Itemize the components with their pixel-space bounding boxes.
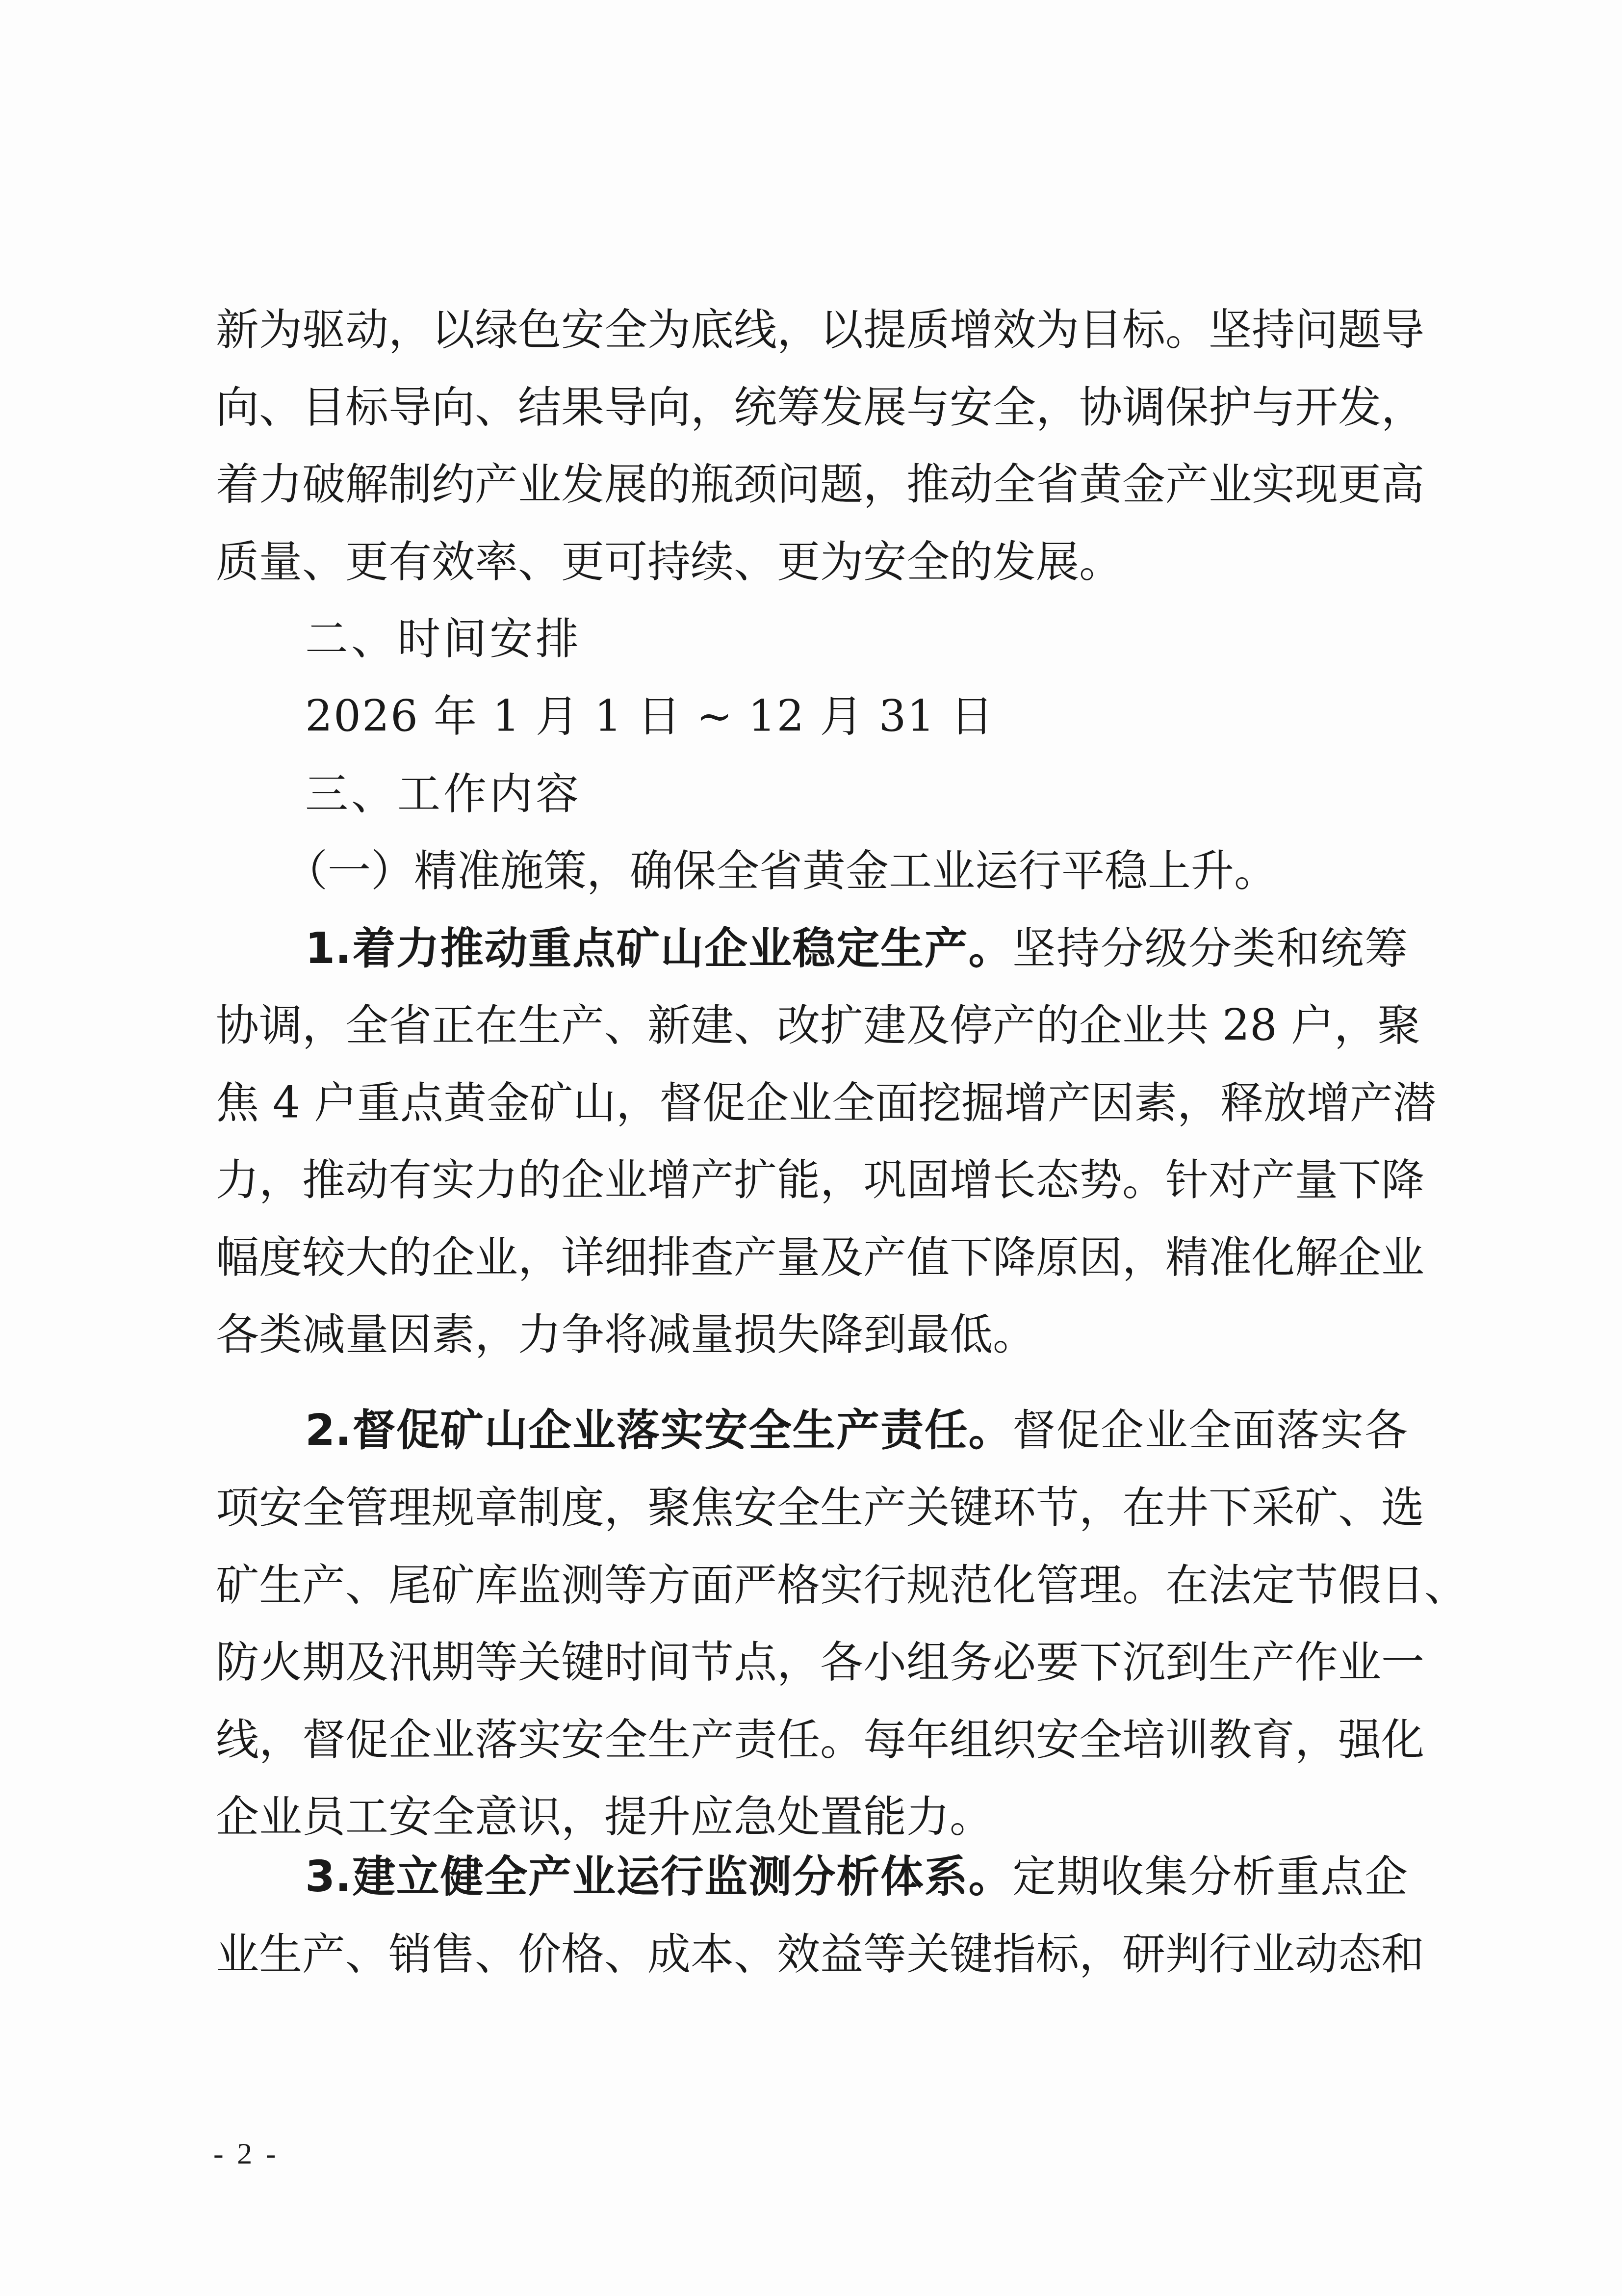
item-1-title: 着力推动重点矿山企业稳定生产。 xyxy=(352,923,1013,973)
item-3-line-2: 业生产、销售、价格、成本、效益等关键指标，研判行业动态和 xyxy=(216,1927,1408,1981)
item-1-line-3: 焦 4 户重点黄金矿山，督促企业全面挖掘增产因素，释放增产潜 xyxy=(216,1076,1408,1130)
item-2-line-2: 项安全管理规章制度，聚焦安全生产关键环节，在井下采矿、选 xyxy=(216,1481,1408,1535)
intro-line-1: 新为驱动，以绿色安全为底线，以提质增效为目标。坚持问题导 xyxy=(216,303,1408,357)
item-2-line-4: 防火期及汛期等关键时间节点，各小组务必要下沉到生产作业一 xyxy=(216,1635,1408,1689)
intro-line-3: 着力破解制约产业发展的瓶颈问题，推动全省黄金产业实现更高 xyxy=(216,457,1408,511)
item-2-text: 督促企业全面落实各 xyxy=(1012,1405,1408,1455)
item-2-line-3: 矿生产、尾矿库监测等方面严格实行规范化管理。在法定节假日、 xyxy=(216,1558,1408,1612)
item-3-title: 建立健全产业运行监测分析体系。 xyxy=(352,1851,1013,1902)
item-1-line-6: 各类减量因素，力争将减量损失降到最低。 xyxy=(216,1307,1408,1361)
item-2-first-line: 2.督促矿山企业落实安全生产责任。督促企业全面落实各 xyxy=(305,1403,1408,1457)
item-1-line-2: 协调，全省正在生产、新建、改扩建及停产的企业共 28 户，聚 xyxy=(216,998,1408,1052)
item-3-text: 定期收集分析重点企 xyxy=(1012,1851,1408,1902)
item-1-text: 坚持分级分类和统筹 xyxy=(1012,923,1408,973)
item-2-title: 督促矿山企业落实安全生产责任。 xyxy=(352,1405,1013,1455)
document-page: 新为驱动，以绿色安全为底线，以提质增效为目标。坚持问题导 向、目标导向、结果导向… xyxy=(0,0,1622,2296)
intro-line-4: 质量、更有效率、更可持续、更为安全的发展。 xyxy=(216,535,1408,589)
intro-line-2: 向、目标导向、结果导向，统筹发展与安全，协调保护与开发， xyxy=(216,380,1408,434)
item-3-first-line: 3.建立健全产业运行监测分析体系。定期收集分析重点企 xyxy=(305,1850,1408,1904)
section-heading-work-content: 三、工作内容 xyxy=(305,767,1408,821)
item-2-line-5: 线，督促企业落实安全生产责任。每年组织安全培训教育，强化 xyxy=(216,1713,1408,1767)
section-heading-time-schedule: 二、时间安排 xyxy=(305,612,1408,666)
item-1-number: 1. xyxy=(305,923,352,973)
item-2-number: 2. xyxy=(305,1405,352,1455)
subsection-heading-1: （一）精准施策，确保全省黄金工业运行平稳上升。 xyxy=(284,844,1408,898)
item-1-line-5: 幅度较大的企业，详细排查产量及产值下降原因，精准化解企业 xyxy=(216,1230,1408,1284)
item-2-line-6: 企业员工安全意识，提升应急处置能力。 xyxy=(216,1790,1408,1844)
item-3-number: 3. xyxy=(305,1851,352,1902)
date-range: 2026 年 1 月 1 日 ~ 12 月 31 日 xyxy=(305,689,1408,743)
item-1-first-line: 1.着力推动重点矿山企业稳定生产。坚持分级分类和统筹 xyxy=(305,921,1408,975)
page-number: - 2 - xyxy=(213,2137,279,2171)
item-1-line-4: 力，推动有实力的企业增产扩能，巩固增长态势。针对产量下降 xyxy=(216,1153,1408,1207)
